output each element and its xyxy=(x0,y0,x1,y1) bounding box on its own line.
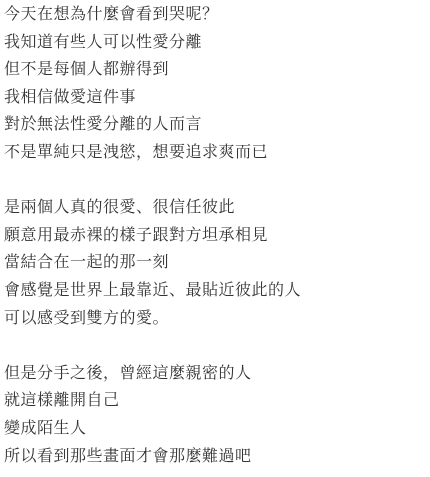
text-line: 可以感受到雙方的愛。 xyxy=(4,304,430,332)
text-line: 對於無法性愛分離的人而言 xyxy=(4,110,430,138)
paragraph-1: 今天在想為什麼會看到哭呢？ 我知道有些人可以性愛分離 但不是每個人都辦得到 我相… xyxy=(4,0,430,166)
paragraph-3: 但是分手之後，曾經這麼親密的人 就這樣離開自己 變成陌生人 所以看到那些畫面才會… xyxy=(4,359,430,469)
text-line: 今天在想為什麼會看到哭呢？ xyxy=(4,0,430,28)
text-line: 變成陌生人 xyxy=(4,414,430,442)
text-line: 但不是每個人都辦得到 xyxy=(4,55,430,83)
text-line: 我相信做愛這件事 xyxy=(4,83,430,111)
text-line: 會感覺是世界上最靠近、最貼近彼此的人 xyxy=(4,276,430,304)
text-line: 所以看到那些畫面才會那麼難過吧 xyxy=(4,442,430,470)
text-line: 是兩個人真的很愛、很信任彼此 xyxy=(4,193,430,221)
text-line: 但是分手之後，曾經這麼親密的人 xyxy=(4,359,430,387)
post-body: 今天在想為什麼會看到哭呢？ 我知道有些人可以性愛分離 但不是每個人都辦得到 我相… xyxy=(0,0,430,469)
paragraph-2: 是兩個人真的很愛、很信任彼此 願意用最赤裸的樣子跟對方坦承相見 當結合在一起的那… xyxy=(4,193,430,331)
text-line: 我知道有些人可以性愛分離 xyxy=(4,28,430,56)
text-line: 願意用最赤裸的樣子跟對方坦承相見 xyxy=(4,221,430,249)
text-line: 就這樣離開自己 xyxy=(4,386,430,414)
text-line: 當結合在一起的那一刻 xyxy=(4,248,430,276)
text-line: 不是單純只是洩慾，想要追求爽而已 xyxy=(4,138,430,166)
paragraph-gap xyxy=(4,331,430,359)
paragraph-gap xyxy=(4,166,430,194)
